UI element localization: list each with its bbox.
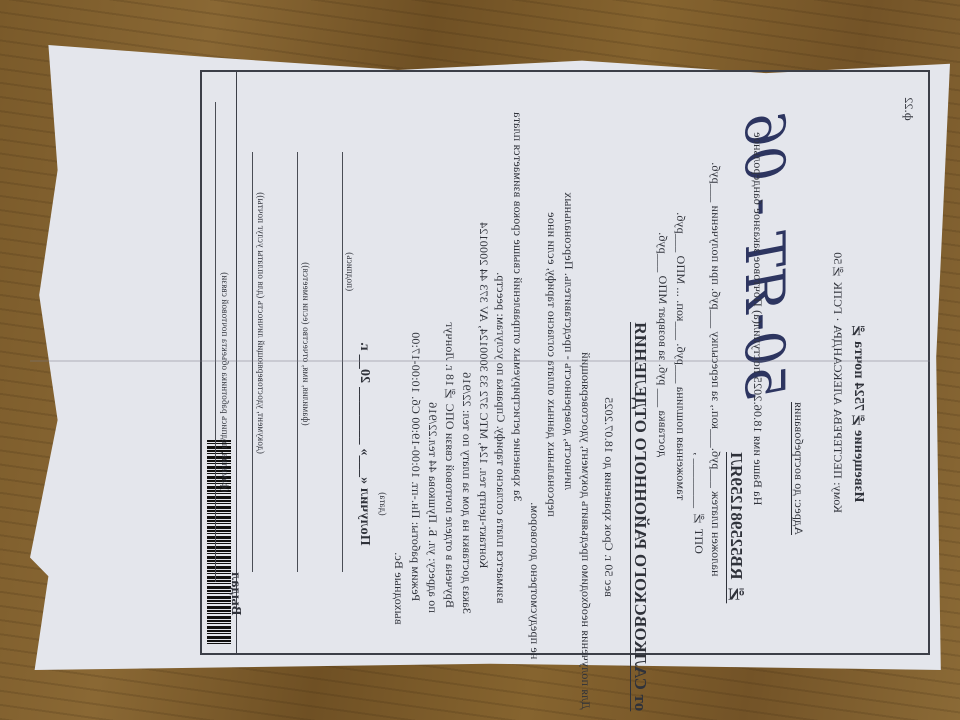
opt-line: ОПТ № ________ , [691,452,706,554]
fees-line: доставка ___ руб. за возврат МПО ___руб. [655,232,670,457]
notice-line: Заказ доставки на дом за плату по тел: 2… [459,372,474,614]
notice-line: Вручена в отделе почтовой связи ОПС №18 … [442,322,457,608]
notice-line: Для получения необходимо предъявить доку… [578,352,593,709]
notice-line: личность, доверенность - представитель. … [561,192,576,490]
document-rule [252,152,254,572]
paper-fold-crease [30,360,930,362]
date-caption: (дата) [378,492,388,516]
notice-line: выходные Вс. [391,552,406,625]
notice-title: Извещение №7524 почта № [850,322,866,502]
arrival-line: На Ваше имя 18.06.2025 поступил(а) Почто… [750,132,765,505]
clerk-rule [215,102,217,582]
name-caption: (фамилия, имя, отчество (если имеется)) [301,262,311,426]
document-caption: (документ, удостоверяющий личность (для … [256,192,266,454]
notice-line: не предусмотрено договором. [527,502,542,659]
notice-line: взимается плата согласно тарифу. Справка… [493,272,508,603]
signature-caption: (подпись) [345,252,355,291]
notice-line: персональных данных оплата согласно тари… [544,212,559,517]
cod-line: наложен платеж ___руб.___коп., за пересы… [708,162,723,577]
received-label: Получил «___» ________ 20__ г. [356,342,372,546]
notice-line: Режим работы: Пн.-пт. 10:00-19:00 Сб. 10… [408,332,423,601]
notice-line: За хранение регистрируемых отправлений с… [510,112,525,502]
notice-line: Контакт-центр тел. 124, МТС 372 33 30001… [476,222,491,568]
weight-storage-line: вес 50 г. Срок хранения до 18.07.2025 [601,397,616,597]
recipient-line: Кому: ПЕСТЕРЕВА АЛЕКСАНДРА · ГСПК №50 [830,252,845,513]
notice-line: по адресу: ул. Б. Пушкова 44 тел.22/916 [425,402,440,613]
form-code: ф.22 [901,97,916,121]
clerk-caption: (фамилия, подпись работника объекта почт… [220,272,230,492]
customs-line: таможенная пошлина ___руб. ___коп. ... М… [673,212,688,500]
postal-notice-form: ф.22 Извещение №7524 почта № Кому: ПЕСТЕ… [200,70,930,655]
name-rule [297,152,299,572]
issued-label: Выдал [227,572,243,615]
tracking-number: № RB525981259ЯЛ [726,452,746,603]
sender-line: от САЛКОВСКОГО РАЙОННОГО ОТДЕЛЕНИЯ [630,322,650,711]
signature-rule [342,152,344,572]
address-line: Адрес: до востребования [791,402,806,535]
